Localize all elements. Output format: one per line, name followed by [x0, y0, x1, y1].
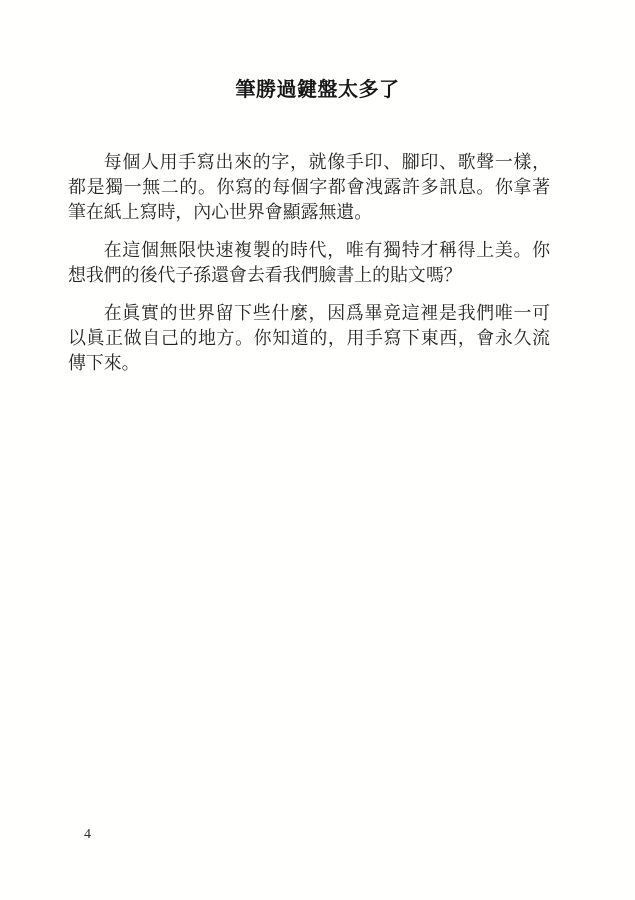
paragraph-2: 在這個無限快速複製的時代，唯有獨特才稱得上美。你想我們的後代子孫還會去看我們臉書… [68, 238, 550, 288]
paragraph-1: 每個人用手寫出來的字，就像手印、腳印、歌聲一樣，都是獨一無二的。你寫的每個字都會… [68, 150, 550, 225]
paragraph-3: 在眞實的世界留下些什麼，因爲畢竟這裡是我們唯一可以眞正做自己的地方。你知道的，用… [68, 301, 550, 376]
page-number: 4 [84, 826, 91, 844]
chapter-title: 筆勝過鍵盤太多了 [0, 76, 635, 104]
book-page: 筆勝過鍵盤太多了 每個人用手寫出來的字，就像手印、腳印、歌聲一樣，都是獨一無二的… [0, 0, 635, 900]
body-text: 每個人用手寫出來的字，就像手印、腳印、歌聲一樣，都是獨一無二的。你寫的每個字都會… [68, 150, 550, 389]
